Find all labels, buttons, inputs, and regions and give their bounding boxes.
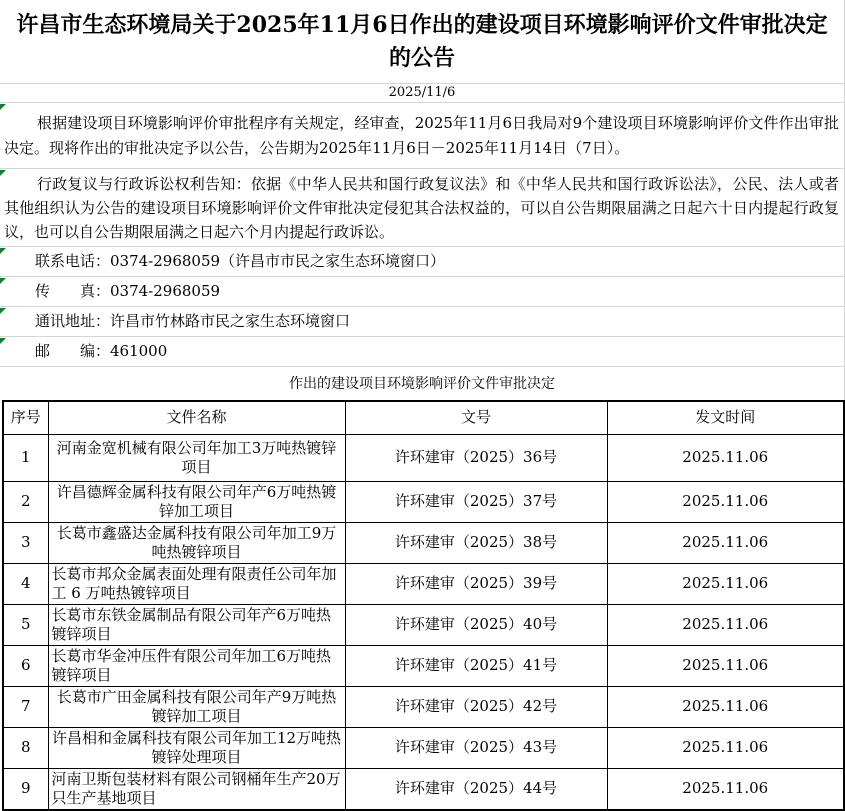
table-row: 8 许昌相和金属科技有限公司年加工12万吨热镀锌处理项目 许环建审（2025）4… [3,727,844,768]
table-row: 5 长葛市东铁金属制品有限公司年产6万吨热镀锌项目 许环建审（2025）40号 … [3,604,844,645]
announcement-sheet: 许昌市生态环境局关于2025年11月6日作出的建设项目环境影响评价文件审批决定的… [0,0,845,811]
cell-no: 2 [3,481,48,522]
table-row: 7 长葛市广田金属科技有限公司年产9万吨热镀锌加工项目 许环建审（2025）42… [3,686,844,727]
approval-table: 序号 文件名称 文号 发文时间 1 河南金宽机械有限公司年加工3万吨热镀锌项目 … [2,400,845,811]
name-text: 许昌相和金属科技有限公司年加工12万吨热镀锌处理项目 [52,729,341,766]
cell-issued: 2025.11.06 [607,522,844,563]
name-text: 长葛市邦众金属表面处理有限责任公司年加工 6 万吨热镀锌项目 [52,565,337,602]
cell-name: 长葛市东铁金属制品有限公司年产6万吨热镀锌项目 [48,604,345,645]
cell-no: 8 [3,727,48,768]
cell-doc-no: 许环建审（2025）43号 [345,727,607,768]
header-issued: 发文时间 [607,401,844,434]
cell-issued: 2025.11.06 [607,563,844,604]
paragraph-legal-row: 行政复议与行政诉讼权利告知：依据《中华人民共和国行政复议法》和《中华人民共和国行… [0,169,844,247]
cell-name: 长葛市广田金属科技有限公司年产9万吨热镀锌加工项目 [48,686,345,727]
contact-fax-row: 传 真：0374-2968059 [0,277,844,307]
contact-address-row: 通讯地址：许昌市竹林路市民之家生态环境窗口 [0,307,844,337]
cell-doc-no: 许环建审（2025）37号 [345,481,607,522]
cell-comment-marker-icon [0,248,6,254]
cell-comment-marker-icon [0,308,6,314]
name-text: 长葛市华金冲压件有限公司年加工6万吨热镀锌项目 [52,647,332,684]
cell-name: 长葛市鑫盛达金属科技有限公司年加工9万吨热镀锌项目 [48,522,345,563]
cell-doc-no: 许环建审（2025）42号 [345,686,607,727]
header-name: 文件名称 [48,401,345,434]
paragraph-notice: 根据建设项目环境影响评价审批程序有关规定，经审查，2025年11月6日我局对9个… [4,111,839,161]
announcement-body: 许昌市生态环境局关于2025年11月6日作出的建设项目环境影响评价文件审批决定的… [0,0,845,400]
cell-issued: 2025.11.06 [607,686,844,727]
cell-issued: 2025.11.06 [607,645,844,686]
contact-phone: 联系电话：0374-2968059（许昌市市民之家生态环境窗口） [35,252,445,270]
cell-no: 5 [3,604,48,645]
header-doc-no: 文号 [345,401,607,434]
cell-name: 长葛市华金冲压件有限公司年加工6万吨热镀锌项目 [48,645,345,686]
name-text: 长葛市广田金属科技有限公司年产9万吨热镀锌加工项目 [57,688,337,725]
name-text: 河南卫斯包装材料有限公司钢桶年生产20万只生产基地项目 [52,770,341,807]
table-row: 3 长葛市鑫盛达金属科技有限公司年加工9万吨热镀锌项目 许环建审（2025）38… [3,522,844,563]
cell-doc-no: 许环建审（2025）41号 [345,645,607,686]
page-title: 许昌市生态环境局关于2025年11月6日作出的建设项目环境影响评价文件审批决定的… [8,9,836,75]
cell-comment-marker-icon [0,170,6,176]
header-no: 序号 [3,401,48,434]
cell-issued: 2025.11.06 [607,768,844,810]
name-text: 长葛市东铁金属制品有限公司年产6万吨热镀锌项目 [52,606,332,643]
cell-issued: 2025.11.06 [607,604,844,645]
title-row: 许昌市生态环境局关于2025年11月6日作出的建设项目环境影响评价文件审批决定的… [0,0,844,84]
cell-comment-marker-icon [0,104,6,110]
table-row: 4 长葛市邦众金属表面处理有限责任公司年加工 6 万吨热镀锌项目 许环建审（20… [3,563,844,604]
cell-doc-no: 许环建审（2025）40号 [345,604,607,645]
cell-no: 3 [3,522,48,563]
cell-name: 许昌德辉金属科技有限公司年产6万吨热镀锌加工项目 [48,481,345,522]
cell-name: 河南金宽机械有限公司年加工3万吨热镀锌项目 [48,434,345,481]
cell-doc-no: 许环建审（2025）44号 [345,768,607,810]
table-header-row: 序号 文件名称 文号 发文时间 [3,401,844,434]
cell-no: 1 [3,434,48,481]
cell-doc-no: 许环建审（2025）36号 [345,434,607,481]
name-text: 长葛市鑫盛达金属科技有限公司年加工9万吨热镀锌项目 [57,524,337,561]
table-caption: 作出的建设项目环境影响评价文件审批决定 [0,367,844,400]
cell-name: 长葛市邦众金属表面处理有限责任公司年加工 6 万吨热镀锌项目 [48,563,345,604]
announcement-date: 2025/11/6 [0,84,844,103]
cell-issued: 2025.11.06 [607,481,844,522]
cell-no: 4 [3,563,48,604]
cell-no: 7 [3,686,48,727]
contact-address: 通讯地址：许昌市竹林路市民之家生态环境窗口 [35,312,350,330]
cell-doc-no: 许环建审（2025）39号 [345,563,607,604]
table-row: 9 河南卫斯包装材料有限公司钢桶年生产20万只生产基地项目 许环建审（2025）… [3,768,844,810]
cell-comment-marker-icon [0,278,6,284]
cell-no: 9 [3,768,48,810]
cell-name: 河南卫斯包装材料有限公司钢桶年生产20万只生产基地项目 [48,768,345,810]
paragraph-legal: 行政复议与行政诉讼权利告知：依据《中华人民共和国行政复议法》和《中华人民共和国行… [4,172,839,244]
cell-name: 许昌相和金属科技有限公司年加工12万吨热镀锌处理项目 [48,727,345,768]
cell-doc-no: 许环建审（2025）38号 [345,522,607,563]
cell-no: 6 [3,645,48,686]
contact-postcode: 邮 编：461000 [35,342,167,360]
cell-comment-marker-icon [0,338,6,344]
name-text: 许昌德辉金属科技有限公司年产6万吨热镀锌加工项目 [57,483,337,520]
contact-postcode-row: 邮 编：461000 [0,337,844,367]
table-row: 6 长葛市华金冲压件有限公司年加工6万吨热镀锌项目 许环建审（2025）41号 … [3,645,844,686]
table-row: 1 河南金宽机械有限公司年加工3万吨热镀锌项目 许环建审（2025）36号 20… [3,434,844,481]
name-text: 河南金宽机械有限公司年加工3 [57,439,262,457]
contact-phone-row: 联系电话：0374-2968059（许昌市市民之家生态环境窗口） [0,247,844,277]
table-row: 2 许昌德辉金属科技有限公司年产6万吨热镀锌加工项目 许环建审（2025）37号… [3,481,844,522]
cell-issued: 2025.11.06 [607,727,844,768]
paragraph-notice-row: 根据建设项目环境影响评价审批程序有关规定，经审查，2025年11月6日我局对9个… [0,103,844,169]
contact-fax: 传 真：0374-2968059 [35,282,220,300]
cell-issued: 2025.11.06 [607,434,844,481]
